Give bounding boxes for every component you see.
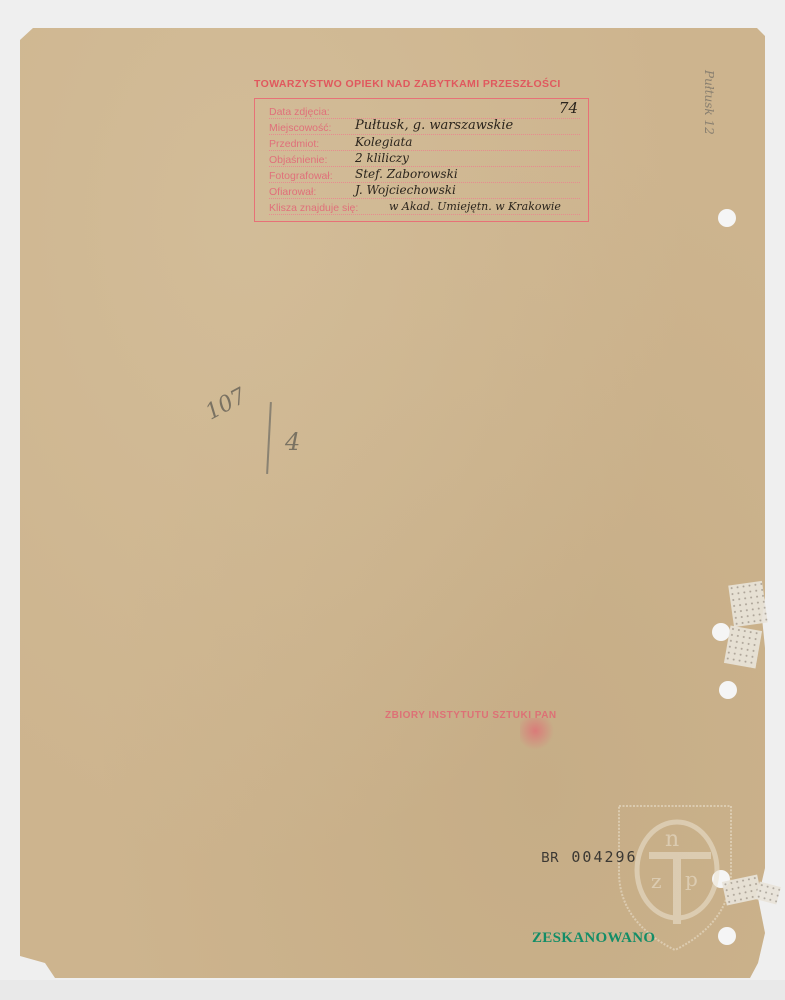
repair-tape (728, 581, 768, 627)
field-value: Pułtusk, g. warszawskie (355, 118, 513, 133)
field-value: 74 (559, 99, 578, 117)
field-label: Klisza znajduje się: (269, 202, 358, 214)
field-photo-date: Data zdjęcia: 74 (269, 102, 580, 119)
field-label: Przedmiot: (269, 138, 319, 150)
svg-text:z: z (651, 869, 662, 893)
svg-text:p: p (685, 867, 698, 891)
field-value: 2 kliliczy (355, 151, 409, 165)
field-location: Miejscowość: Pułtusk, g. warszawskie (269, 118, 580, 135)
field-description: Objaśnienie: 2 kliliczy (269, 150, 580, 167)
inventory-digits: 004296 (571, 848, 637, 866)
field-value: J. Wojciechowski (355, 183, 456, 197)
scanner-background (0, 980, 785, 1000)
inventory-number: BR 004296 (541, 848, 638, 867)
society-stamp-title: TOWARZYSTWO OPIEKI NAD ZABYTKAMI PRZESZŁ… (254, 78, 594, 90)
field-donor: Ofiarował: J. Wojciechowski (269, 182, 580, 199)
field-photographer: Fotografował: Stef. Zaborowski (269, 166, 580, 183)
scanned-stamp: ZESKANOWANO (532, 930, 655, 947)
record-details-stamp: Data zdjęcia: 74 Miejscowość: Pułtusk, g… (254, 98, 589, 222)
stamp-ink-blot (520, 718, 554, 750)
punch-hole (719, 681, 737, 699)
svg-text:n: n (665, 827, 679, 852)
field-subject: Przedmiot: Kolegiata (269, 134, 580, 151)
field-label: Data zdjęcia: (269, 106, 330, 118)
repair-tape (724, 626, 762, 669)
field-value: Stef. Zaborowski (355, 167, 458, 181)
punch-hole (718, 209, 736, 227)
field-label: Ofiarował: (269, 186, 316, 198)
inventory-prefix: BR (541, 851, 559, 866)
pencil-note-bottom: 4 (285, 428, 300, 456)
repair-tape (755, 881, 781, 904)
margin-note-vertical: Pułtusk 12 (702, 70, 716, 135)
field-value: w Akad. Umiejętn. w Krakowie (389, 200, 561, 213)
field-negative-location: Klisza znajduje się: w Akad. Umiejętn. w… (269, 198, 580, 215)
field-value: Kolegiata (355, 135, 412, 149)
field-label: Miejscowość: (269, 122, 331, 134)
field-label: Fotografował: (269, 170, 333, 182)
field-label: Objaśnienie: (269, 154, 327, 166)
